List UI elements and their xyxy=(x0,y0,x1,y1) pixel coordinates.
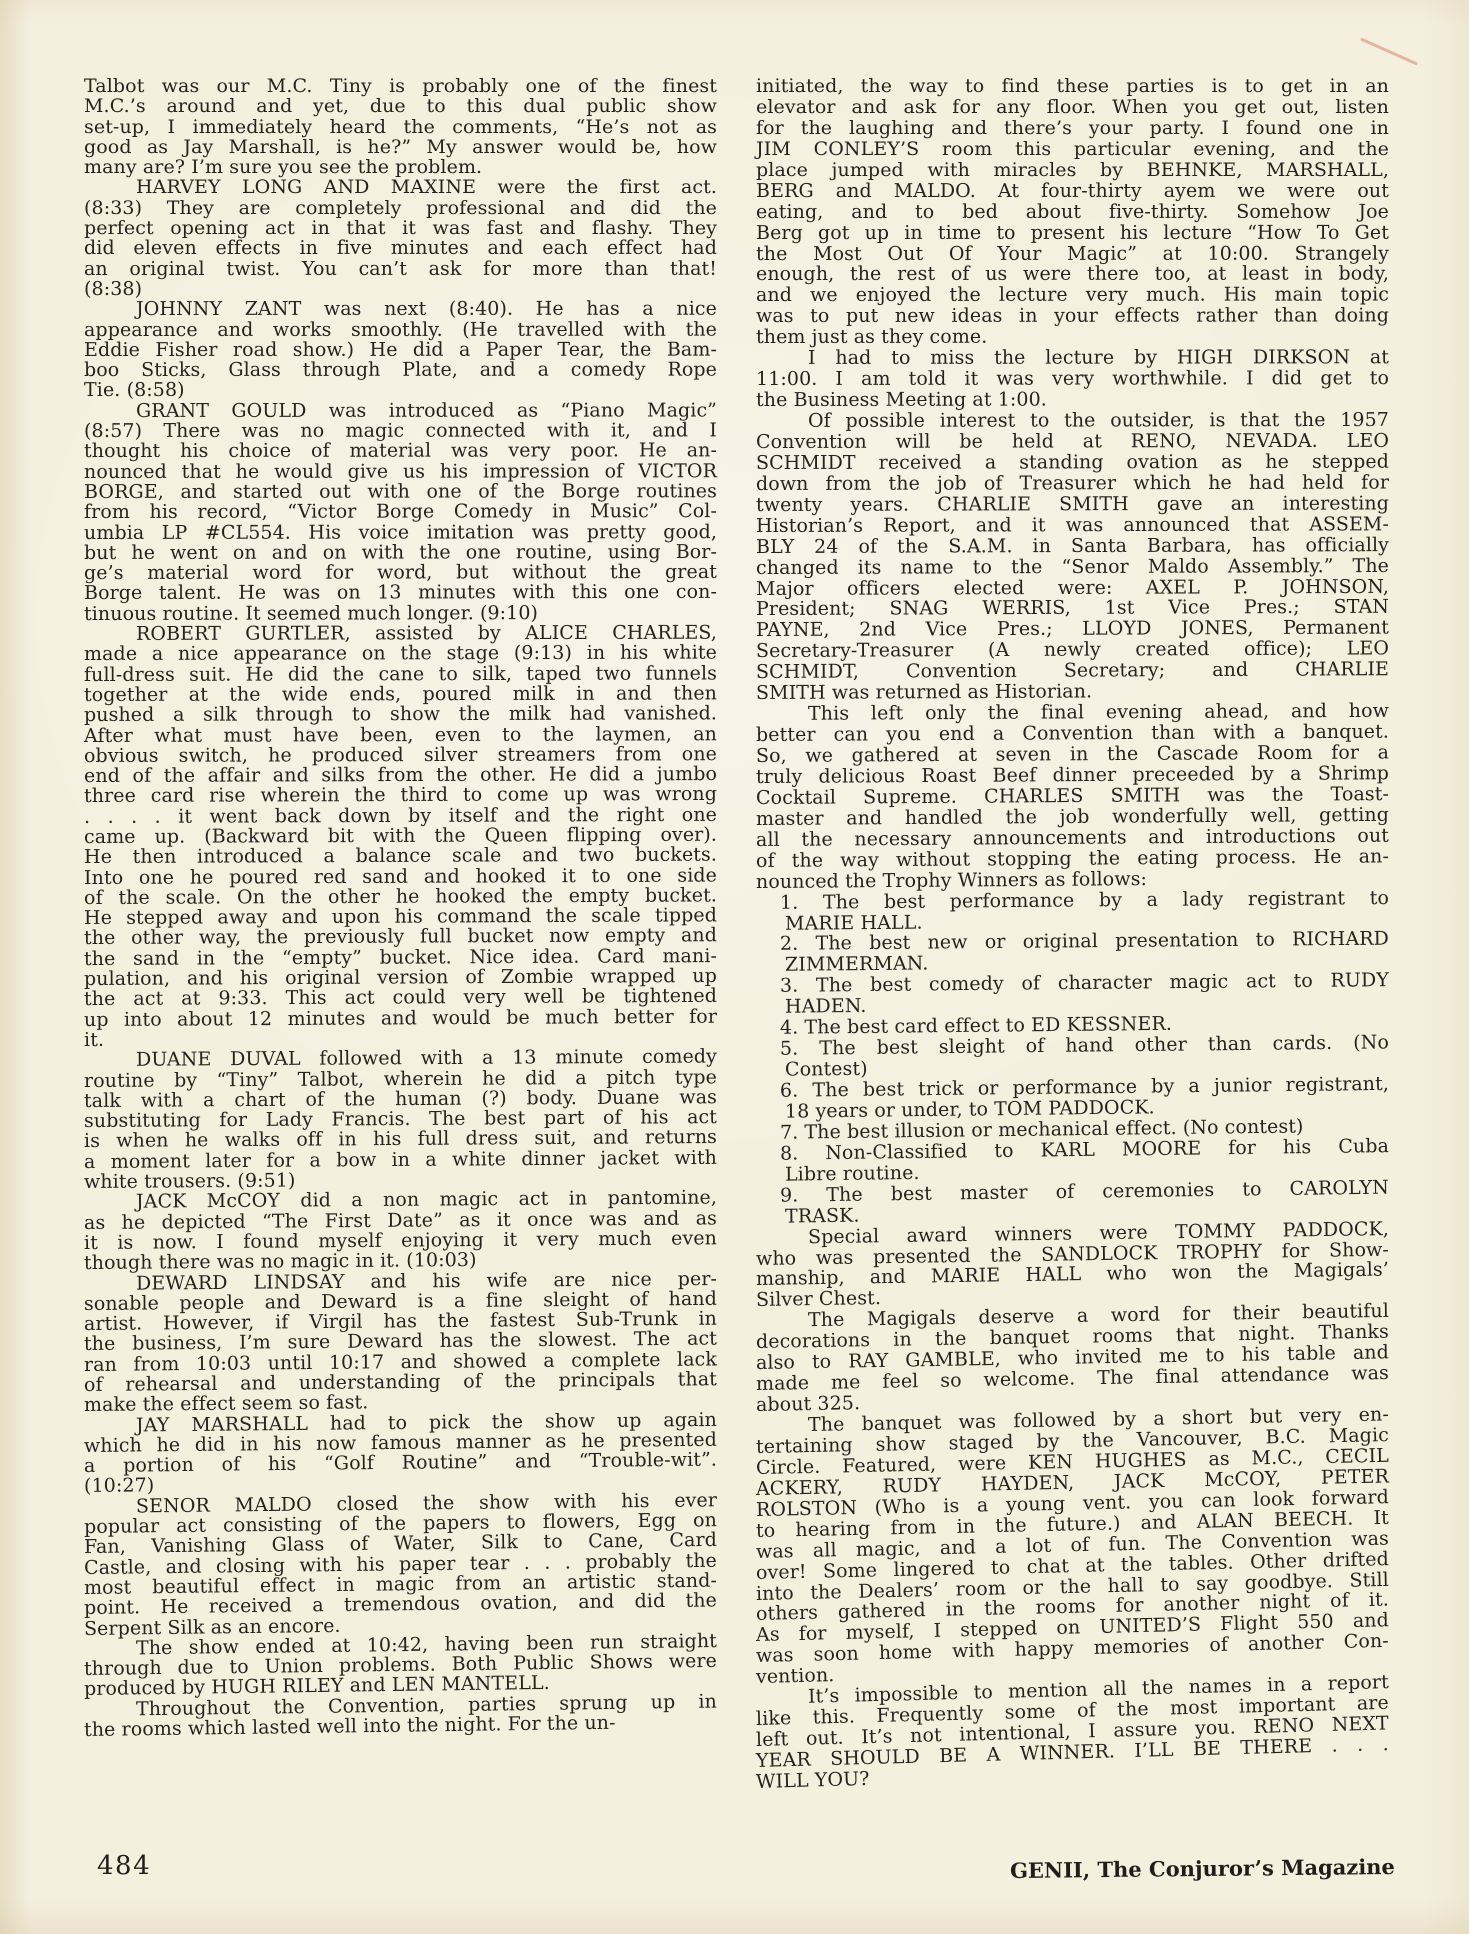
paragraph: It’s impossible to mention all the names… xyxy=(756,1688,1389,1793)
paragraph: HARVEY LONG AND MAXINE were the first ac… xyxy=(84,177,717,299)
text-line: BLY 24 of the S.A.M. in Santa Barbara, h… xyxy=(756,535,1389,558)
text-line: but he went on and on with the one routi… xyxy=(84,542,717,563)
text-line: set-up, I immediately heard the comments… xyxy=(84,117,717,137)
paragraph: Special award winners were TOMMY PADDOCK… xyxy=(756,1228,1389,1312)
paragraph: JAY MARSHALL had to pick the show up aga… xyxy=(84,1416,717,1497)
paragraph: initiated, the way to find these parties… xyxy=(756,76,1389,348)
text-line: perfect opening act in that it was fast … xyxy=(84,218,717,238)
text-line: Convention will be held at RENO, NEVADA.… xyxy=(756,431,1389,453)
text-line: Tie. (8:58) xyxy=(84,380,717,401)
text-line: eating, and to bed about five-thirty. So… xyxy=(756,201,1389,222)
text-line: and we enjoyed the lecture very much. Hi… xyxy=(756,285,1389,306)
text-line: (8:57) There was no magic connected with… xyxy=(84,420,717,441)
paragraph: I had to miss the lecture by HIGH DIRKSO… xyxy=(756,348,1389,411)
text-line: made a nice appearance on the stage (9:1… xyxy=(84,643,717,665)
text-line: Historian’s Report, and it was announced… xyxy=(756,514,1389,537)
text-line: full-dress suit. He did the cane to silk… xyxy=(84,663,717,685)
paragraph: The banquet was followed by a short but … xyxy=(756,1416,1389,1688)
text-line: boo Sticks, Glass through Plate, and a c… xyxy=(84,360,717,381)
text-line: the Most Out Of Your Magic” at 10:00. St… xyxy=(756,243,1389,264)
text-line: for the laughing and there’s your party.… xyxy=(756,118,1389,139)
text-line: an original twist. You can’t ask for mor… xyxy=(84,258,717,279)
page-number: 484 xyxy=(97,1851,151,1881)
paragraph: Throughout the Convention, parties sprun… xyxy=(84,1700,717,1741)
paragraph: DUANE DUVAL followed with a 13 minute co… xyxy=(84,1050,717,1192)
text-line: them just as they come. xyxy=(756,327,1389,349)
text-line: did eleven effects in five minutes and e… xyxy=(84,238,717,258)
text-line: tinuous routine. It seemed much longer. … xyxy=(84,602,717,624)
paragraph: SENOR MALDO closed the show with his eve… xyxy=(84,1497,717,1639)
text-line: (8:38) xyxy=(84,279,717,300)
paragraph: The show ended at 10:42, having been run… xyxy=(84,1639,717,1700)
text-line: down from the job of Treasurer which he … xyxy=(756,472,1389,494)
text-line: Of possible interest to the outsider, is… xyxy=(756,410,1389,432)
paragraph: The Magigals deserve a word for their be… xyxy=(756,1311,1389,1416)
text-line: Borge talent. He was on 13 minutes with … xyxy=(84,582,717,603)
text-line: (8:33) They are completely professional … xyxy=(84,198,717,218)
paragraph: DEWARD LINDSAY and his wife are nice per… xyxy=(84,1274,717,1416)
text-line: M.C.’s around and yet, due to this dual … xyxy=(84,96,717,116)
text-line: GRANT GOULD was introduced as “Piano Mag… xyxy=(84,400,717,421)
left-text-column: Talbot was our M.C. Tiny is probably one… xyxy=(84,76,717,1740)
paragraph: This left only the final evening ahead, … xyxy=(756,704,1389,892)
text-line: many are? I’m sure you see the problem. xyxy=(84,157,717,177)
text-line: thought his choice of material was very … xyxy=(84,441,717,462)
text-line: JOHNNY ZANT was next (8:40). He has a ni… xyxy=(84,299,717,320)
text-line: twenty years. CHARLIE SMITH gave an inte… xyxy=(756,493,1389,516)
paragraph: ROBERT GURTLER, assisted by ALICE CHARLE… xyxy=(84,624,717,1050)
text-line: 11:00. I am told it was very worthwhile.… xyxy=(756,368,1389,390)
text-line: nounced that he would give us his impres… xyxy=(84,461,717,482)
right-text-column: initiated, the way to find these parties… xyxy=(756,76,1389,1793)
text-line: umbia LP #CL554. His voice imitation was… xyxy=(84,522,717,543)
text-line: SCHMIDT received a standing ovation as h… xyxy=(756,452,1389,474)
text-line: elevator and ask for any floor. When you… xyxy=(756,97,1389,118)
text-line: BORGE, and started out with one of the B… xyxy=(84,481,717,502)
text-line: JIM CONLEY’S room this particular evenin… xyxy=(756,139,1389,160)
paragraph: Of possible interest to the outsider, is… xyxy=(756,411,1389,704)
text-line: I had to miss the lecture by HIGH DIRKSO… xyxy=(756,347,1389,369)
text-line: initiated, the way to find these parties… xyxy=(756,76,1389,97)
text-line: from his record, “Victor Borge Comedy in… xyxy=(84,501,717,522)
paragraph: GRANT GOULD was introduced as “Piano Mag… xyxy=(84,401,717,624)
text-line: was to put new ideas in your effects rat… xyxy=(756,306,1389,328)
magazine-title: GENII, The Conjuror’s Magazine xyxy=(1010,1854,1395,1883)
magazine-page: Talbot was our M.C. Tiny is probably one… xyxy=(0,0,1469,1934)
text-line: HARVEY LONG AND MAXINE were the first ac… xyxy=(84,177,717,197)
scan-blemish-mark xyxy=(1360,38,1418,66)
text-line: pushed a silk through to show the milk h… xyxy=(84,704,717,726)
paragraph: Talbot was our M.C. Tiny is probably one… xyxy=(84,76,717,177)
text-line: appearance and works smoothly. (He trave… xyxy=(84,319,717,340)
text-line: Eddie Fisher road show.) He did a Paper … xyxy=(84,339,717,360)
text-line: place jumped with miracles by BEHNKE, MA… xyxy=(756,160,1389,181)
text-line: Talbot was our M.C. Tiny is probably one… xyxy=(84,76,717,96)
text-line: BERG and MALDO. At four-thirty ayem we w… xyxy=(756,181,1389,202)
text-line: changed its name to the “Senor Maldo Ass… xyxy=(756,556,1389,579)
paragraph: JACK McCOY did a non magic act in pantom… xyxy=(84,1192,717,1273)
text-line: the Business Meeting at 1:00. xyxy=(756,389,1389,411)
text-line: Berg got up in time to present his lectu… xyxy=(756,222,1389,243)
text-line: good as Jay Marshall, is he?” My answer … xyxy=(84,137,717,157)
text-line: enough, the rest of us were there too, a… xyxy=(756,264,1389,285)
paragraph: JOHNNY ZANT was next (8:40). He has a ni… xyxy=(84,299,717,400)
